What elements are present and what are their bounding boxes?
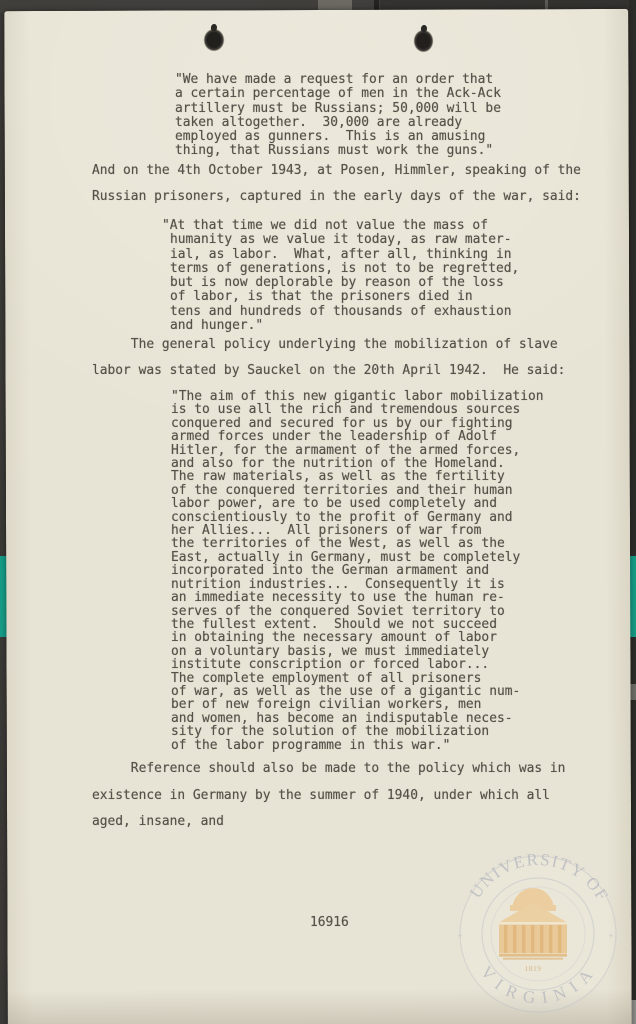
text-line: Reference should also be made to the pol… [92, 756, 565, 783]
text-line: thing, that Russians must work the guns.… [175, 144, 501, 158]
text-line: The general policy underlying the mobili… [92, 332, 565, 358]
text-line: Russian prisoners, captured in the early… [92, 184, 581, 210]
paragraph-sauckel-intro: The general policy underlying the mobili… [92, 332, 565, 384]
text-line: ial, as labor. What, after all, thinking… [170, 248, 519, 262]
text-line: a certain percentage of men in the Ack-A… [175, 87, 501, 101]
text-line: nutrition industries... Consequently it … [171, 578, 544, 591]
paragraph-himmler-intro: And on the 4th October 1943, at Posen, H… [92, 158, 581, 209]
text-line: conquered and secured for us by our figh… [171, 417, 544, 430]
text-line: tens and hundreds of thousands of exhaus… [170, 305, 519, 319]
text-line: but is now deplorable by reason of the l… [170, 276, 519, 290]
text-line: armed forces under the leadership of Ado… [171, 430, 544, 443]
text-line: employed as gunners. This is an amusing [175, 130, 501, 144]
text-line: terms of generations, is not to be regre… [170, 262, 519, 276]
text-line: labor power, are to be used completely a… [171, 497, 544, 510]
text-line: serves of the conquered Soviet territory… [171, 605, 544, 618]
seal-star-left-icon: ✦ [457, 931, 463, 941]
text-line: institute conscription or forced labor..… [171, 658, 544, 671]
text-line: taken altogether. 30,000 are already [175, 116, 501, 130]
punch-hole-left [203, 28, 225, 52]
punch-hole-tear [211, 24, 218, 32]
text-line: The complete employment of all prisoners [171, 672, 544, 685]
text-line: sity for the solution of the mobilizatio… [171, 725, 544, 738]
text-line: an immediate necessity to use the human … [171, 591, 544, 604]
university-of-virginia-seal-watermark: UNIVERSITY OF VIRGINIA ✦ ✦ 1819 [440, 845, 636, 1024]
text-line: of the labor programme in this war." [171, 739, 544, 752]
text-line: Hitler, for the armament of the armed fo… [171, 444, 544, 457]
text-line: in obtaining the necessary amount of lab… [171, 631, 544, 644]
text-line: ber of new foreign civilian workers, men [171, 698, 544, 711]
text-line: and also for the nutrition of the Homela… [171, 457, 544, 470]
seal-star-right-icon: ✦ [608, 931, 614, 941]
text-line: "We have made a request for an order tha… [175, 73, 501, 87]
text-line: the fullest extent. Should we not succee… [171, 618, 544, 631]
text-line: of labor, is that the prisoners died in [170, 290, 519, 304]
text-line: is to use all the rich and tremendous so… [171, 403, 544, 416]
text-line: her Allies... All prisoners of war from [171, 524, 544, 537]
block-quote-sauckel: "The aim of this new gigantic labor mobi… [171, 390, 544, 752]
text-line: East, actually in Germany, must be compl… [171, 551, 544, 564]
text-line: of war, as well as the use of a gigantic… [171, 685, 544, 698]
text-line: humanity as we value it today, as raw ma… [170, 233, 519, 247]
text-line: existence in Germany by the summer of 19… [92, 783, 565, 810]
text-line: labor was stated by Sauckel on the 20th … [92, 358, 565, 384]
text-line: artillery must be Russians; 50,000 will … [175, 102, 501, 116]
block-quote-himmler-ackack: "We have made a request for an order tha… [175, 73, 501, 159]
text-line: "The aim of this new gigantic labor mobi… [171, 390, 544, 403]
seal-year: 1819 [525, 964, 542, 973]
scanned-document: UNIVERSITY OF VIRGINIA ✦ ✦ 1819 [0, 0, 636, 1024]
punch-hole-right [413, 29, 434, 53]
text-line: the territories of the West, as well as … [171, 537, 544, 550]
text-line: "At that time we did not value the mass … [162, 219, 519, 233]
text-line: and women, has become an indisputable ne… [171, 712, 544, 725]
text-line: incorporated into the German armament an… [171, 564, 544, 577]
text-line: on a voluntary basis, we must immediatel… [171, 645, 544, 658]
text-line: The raw materials, as well as the fertil… [171, 470, 544, 483]
page-number: 16916 [310, 915, 349, 930]
text-line: aged, insane, and [92, 809, 565, 836]
text-line: And on the 4th October 1943, at Posen, H… [92, 158, 581, 184]
block-quote-himmler-posen: "At that time we did not value the mass … [170, 219, 519, 333]
punch-hole-tear [420, 25, 427, 33]
paragraph-reference-1940: Reference should also be made to the pol… [92, 756, 565, 836]
text-line: of the conquered territories and their h… [171, 484, 544, 497]
text-line: conscientiously to the profit of Germany… [171, 511, 544, 524]
